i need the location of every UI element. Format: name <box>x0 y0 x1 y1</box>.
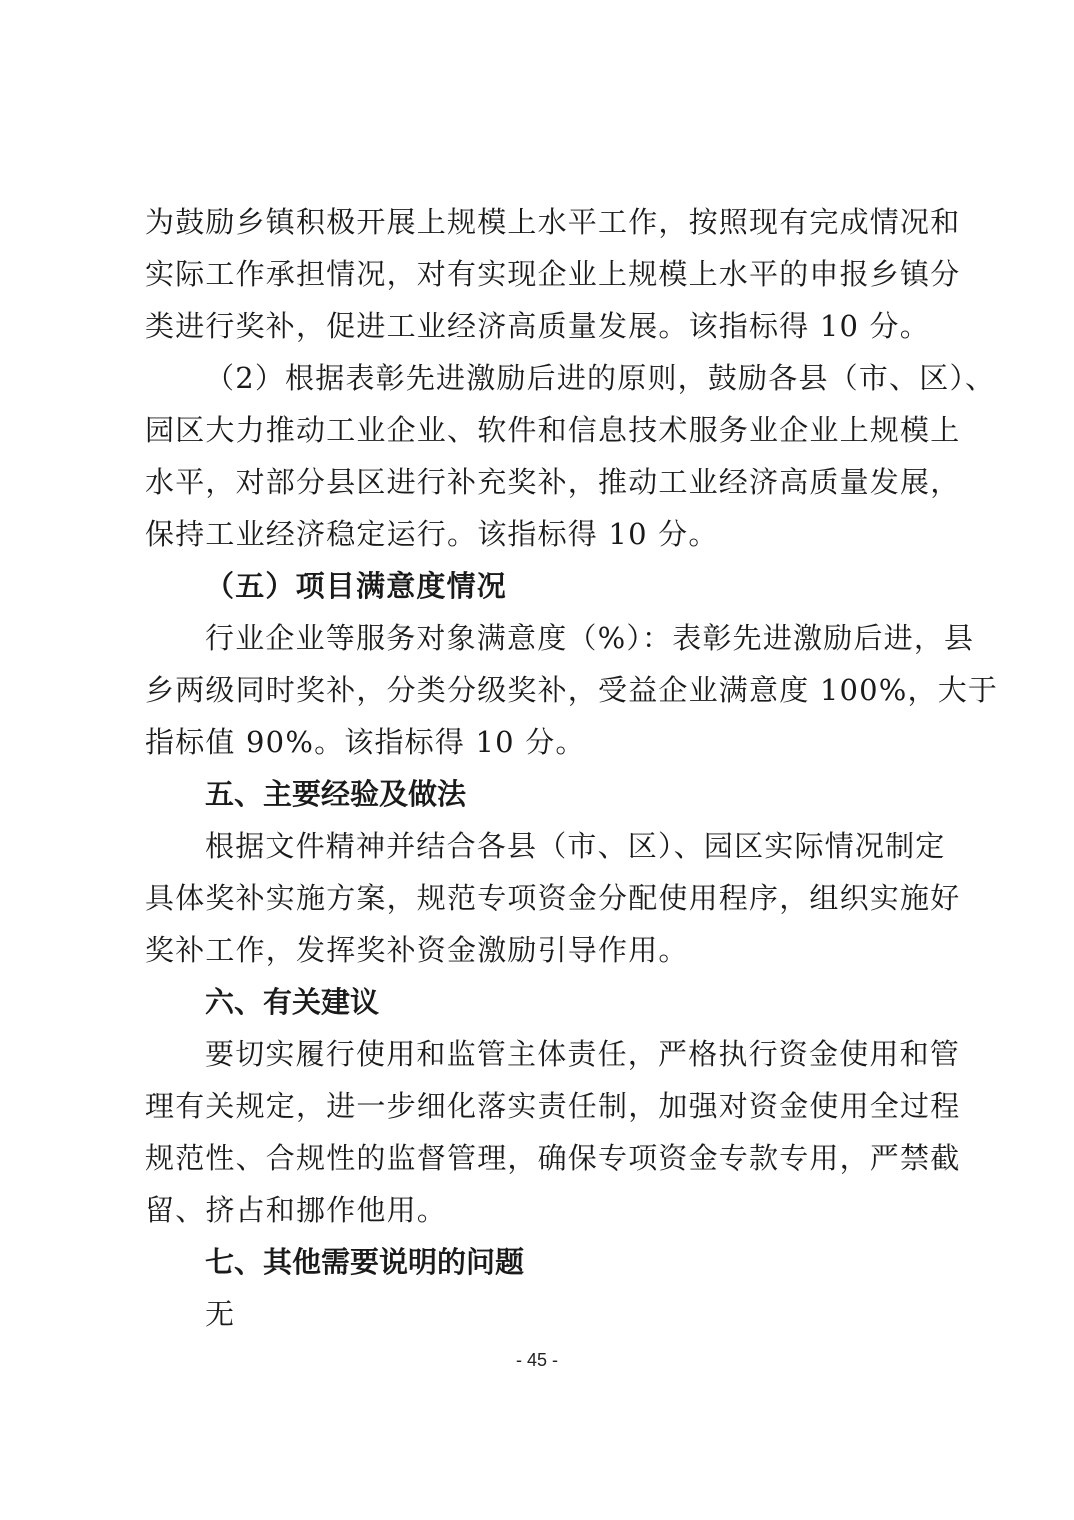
page-number: - 45 - <box>0 1350 1074 1371</box>
paragraph-suggestions: 要切实履行使用和监管主体责任，严格执行资金使用和管 理有关规定，进一步细化落实责… <box>145 1028 935 1236</box>
text-line: 为鼓励乡镇积极开展上规模上水平工作，按照现有完成情况和 <box>145 196 935 248</box>
paragraph-incentive-towns: 为鼓励乡镇积极开展上规模上水平工作，按照现有完成情况和 实际工作承担情况，对有实… <box>145 196 935 352</box>
paragraph-other-issues: 无 <box>145 1288 935 1340</box>
section-heading-experience: 五、主要经验及做法 <box>145 768 935 820</box>
text-line: 实际工作承担情况，对有实现企业上规模上水平的申报乡镇分 <box>145 248 935 300</box>
text-line: 规范性、合规性的监督管理，确保专项资金专款专用，严禁截 <box>145 1132 935 1184</box>
paragraph-experience: 根据文件精神并结合各县（市、区）、园区实际情况制定 具体奖补实施方案，规范专项资… <box>145 820 935 976</box>
text-line: 留、挤占和挪作他用。 <box>145 1184 935 1236</box>
paragraph-county-supplement: （2）根据表彰先进激励后进的原则，鼓励各县（市、区）、 园区大力推动工业企业、软… <box>145 352 935 560</box>
paragraph-satisfaction: 行业企业等服务对象满意度（%）：表彰先进激励后进，县 乡两级同时奖补，分类分级奖… <box>145 612 935 768</box>
text-line: 根据文件精神并结合各县（市、区）、园区实际情况制定 <box>145 820 935 872</box>
section-heading-satisfaction: （五）项目满意度情况 <box>145 560 935 612</box>
section-heading-other-issues: 七、其他需要说明的问题 <box>145 1236 935 1288</box>
text-line: 具体奖补实施方案，规范专项资金分配使用程序，组织实施好 <box>145 872 935 924</box>
text-line: 园区大力推动工业企业、软件和信息技术服务业企业上规模上 <box>145 404 935 456</box>
text-line: 理有关规定，进一步细化落实责任制，加强对资金使用全过程 <box>145 1080 935 1132</box>
section-heading-suggestions: 六、有关建议 <box>145 976 935 1028</box>
document-page: 为鼓励乡镇积极开展上规模上水平工作，按照现有完成情况和 实际工作承担情况，对有实… <box>145 196 935 1340</box>
text-line: （2）根据表彰先进激励后进的原则，鼓励各县（市、区）、 <box>145 352 935 404</box>
text-line: 奖补工作，发挥奖补资金激励引导作用。 <box>145 924 935 976</box>
text-line: 指标值 90%。该指标得 10 分。 <box>145 716 935 768</box>
text-line: 保持工业经济稳定运行。该指标得 10 分。 <box>145 508 935 560</box>
text-line: 水平，对部分县区进行补充奖补，推动工业经济高质量发展， <box>145 456 935 508</box>
text-line: 类进行奖补，促进工业经济高质量发展。该指标得 10 分。 <box>145 300 935 352</box>
text-line: 行业企业等服务对象满意度（%）：表彰先进激励后进，县 <box>145 612 935 664</box>
text-line: 要切实履行使用和监管主体责任，严格执行资金使用和管 <box>145 1028 935 1080</box>
text-line: 乡两级同时奖补，分类分级奖补，受益企业满意度 100%，大于 <box>145 664 935 716</box>
